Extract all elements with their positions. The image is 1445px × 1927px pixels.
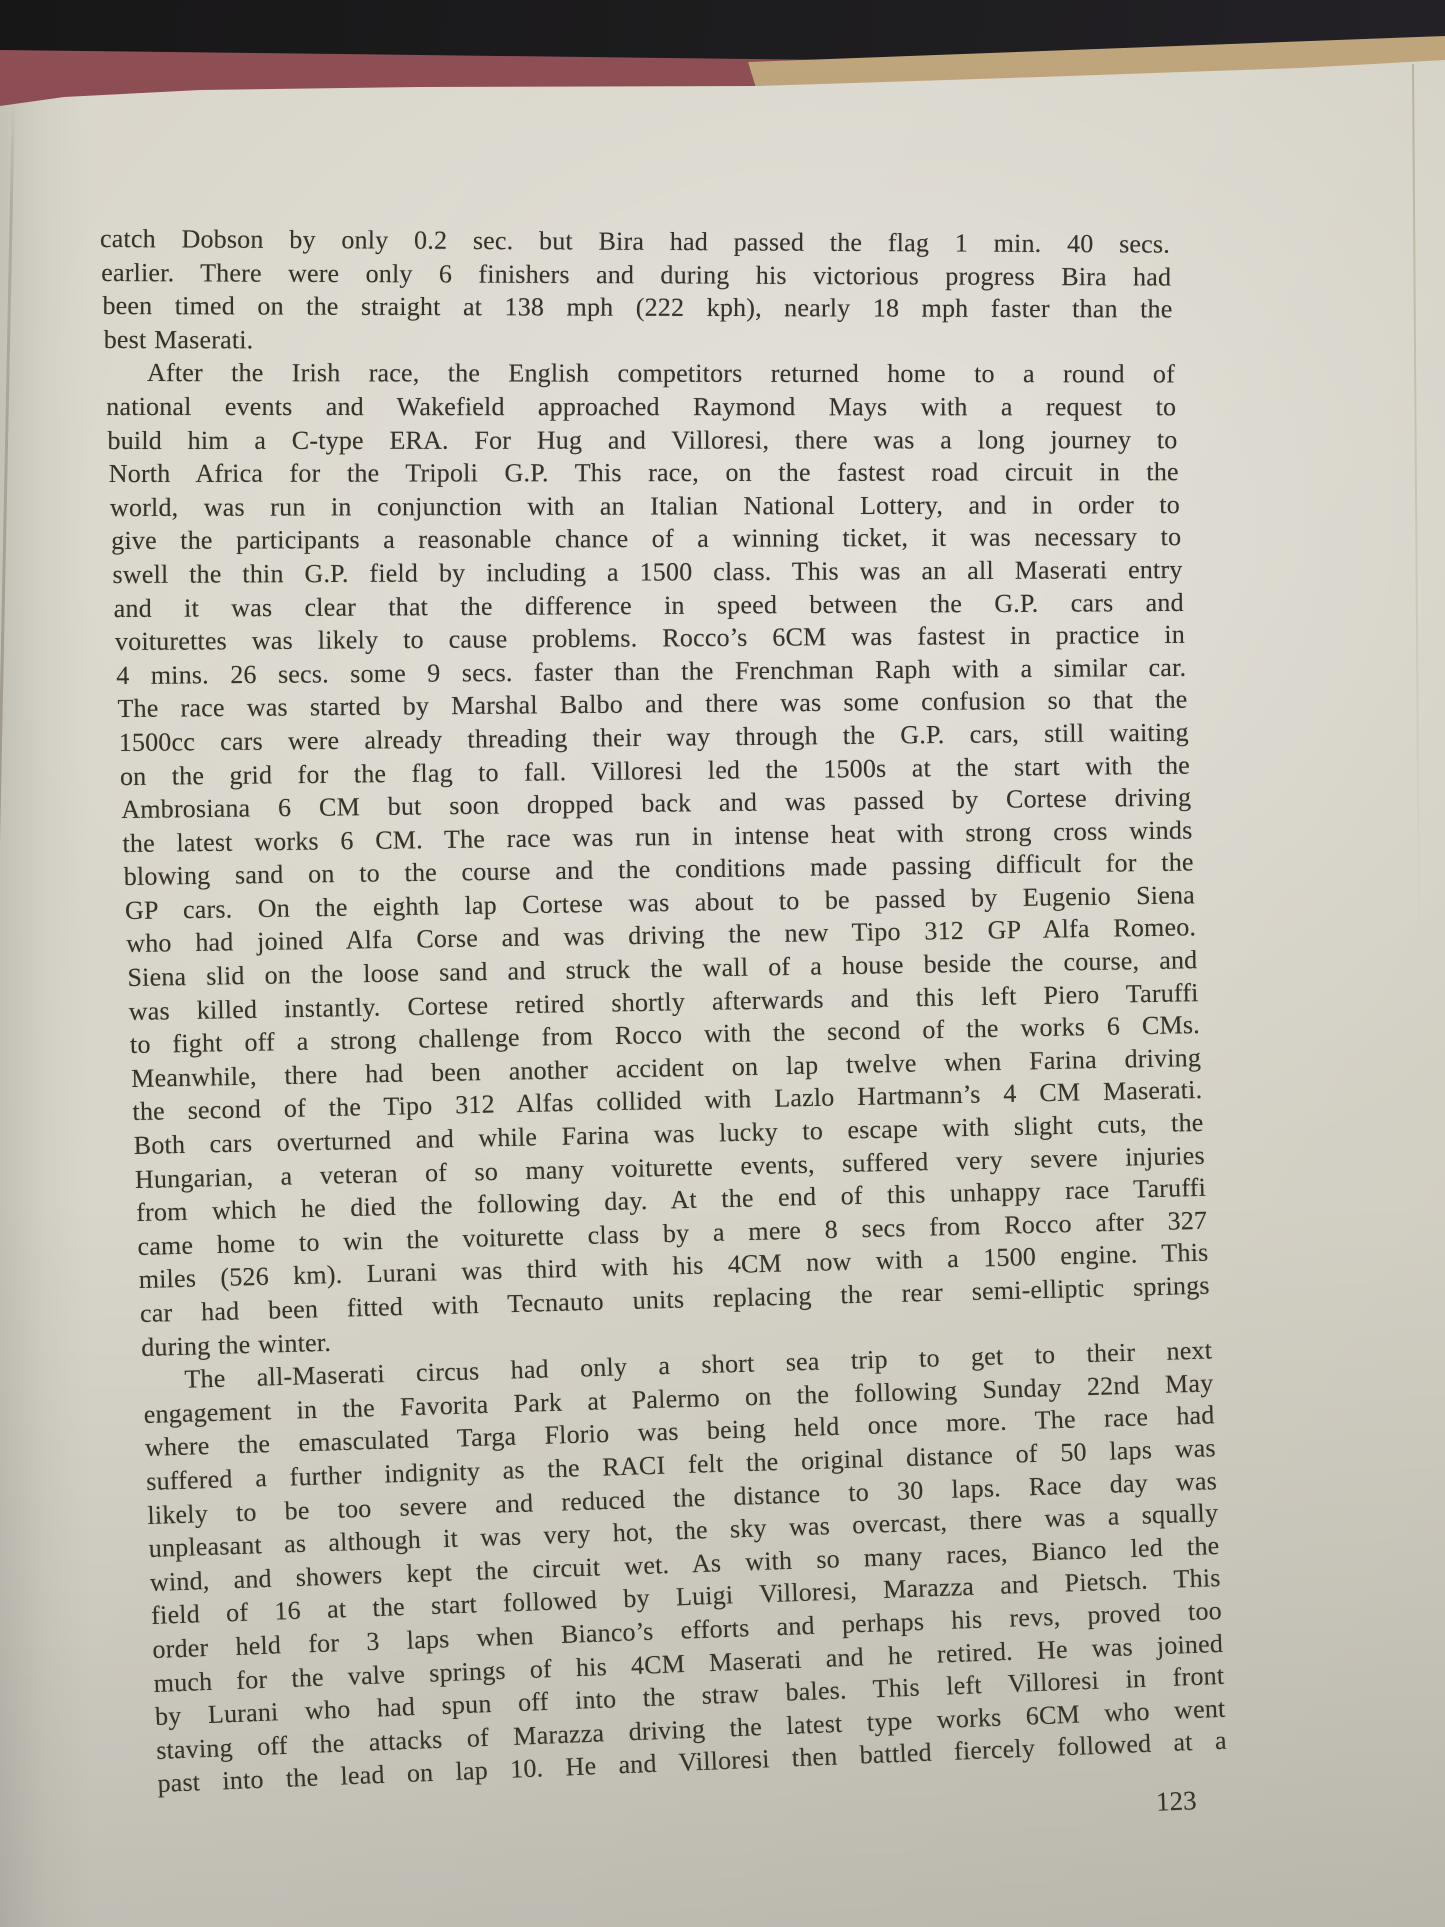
text-line: North Africa for the Tripoli G.P. This r… xyxy=(109,455,1179,490)
text-line: best Maserati. xyxy=(104,323,1174,359)
page-crease-left xyxy=(0,96,15,1927)
text-line: catch Dobson by only 0.2 sec. but Bira h… xyxy=(100,222,1170,261)
book-photo: catch Dobson by only 0.2 sec. but Bira h… xyxy=(0,0,1445,1927)
page-text: catch Dobson by only 0.2 sec. but Bira h… xyxy=(100,222,1170,1801)
book-page: catch Dobson by only 0.2 sec. but Bira h… xyxy=(0,0,1445,1927)
text-line: world, was run in conjunction with an It… xyxy=(110,488,1180,525)
text-line: After the Irish race, the English compet… xyxy=(105,356,1175,391)
page-number: 123 xyxy=(1155,1785,1197,1818)
text-line: give the participants a reasonable chanc… xyxy=(111,520,1181,558)
page-crease-right xyxy=(1412,64,1420,964)
text-line: swell the thin G.P. field by including a… xyxy=(112,553,1182,592)
text-line: earlier. There were only 6 finishers and… xyxy=(101,256,1171,294)
text-line: been timed on the straight at 138 mph (2… xyxy=(102,289,1172,326)
text-line: build him a C-type ERA. For Hug and Vill… xyxy=(107,423,1177,457)
text-line: national events and Wakefield approached… xyxy=(106,390,1176,424)
